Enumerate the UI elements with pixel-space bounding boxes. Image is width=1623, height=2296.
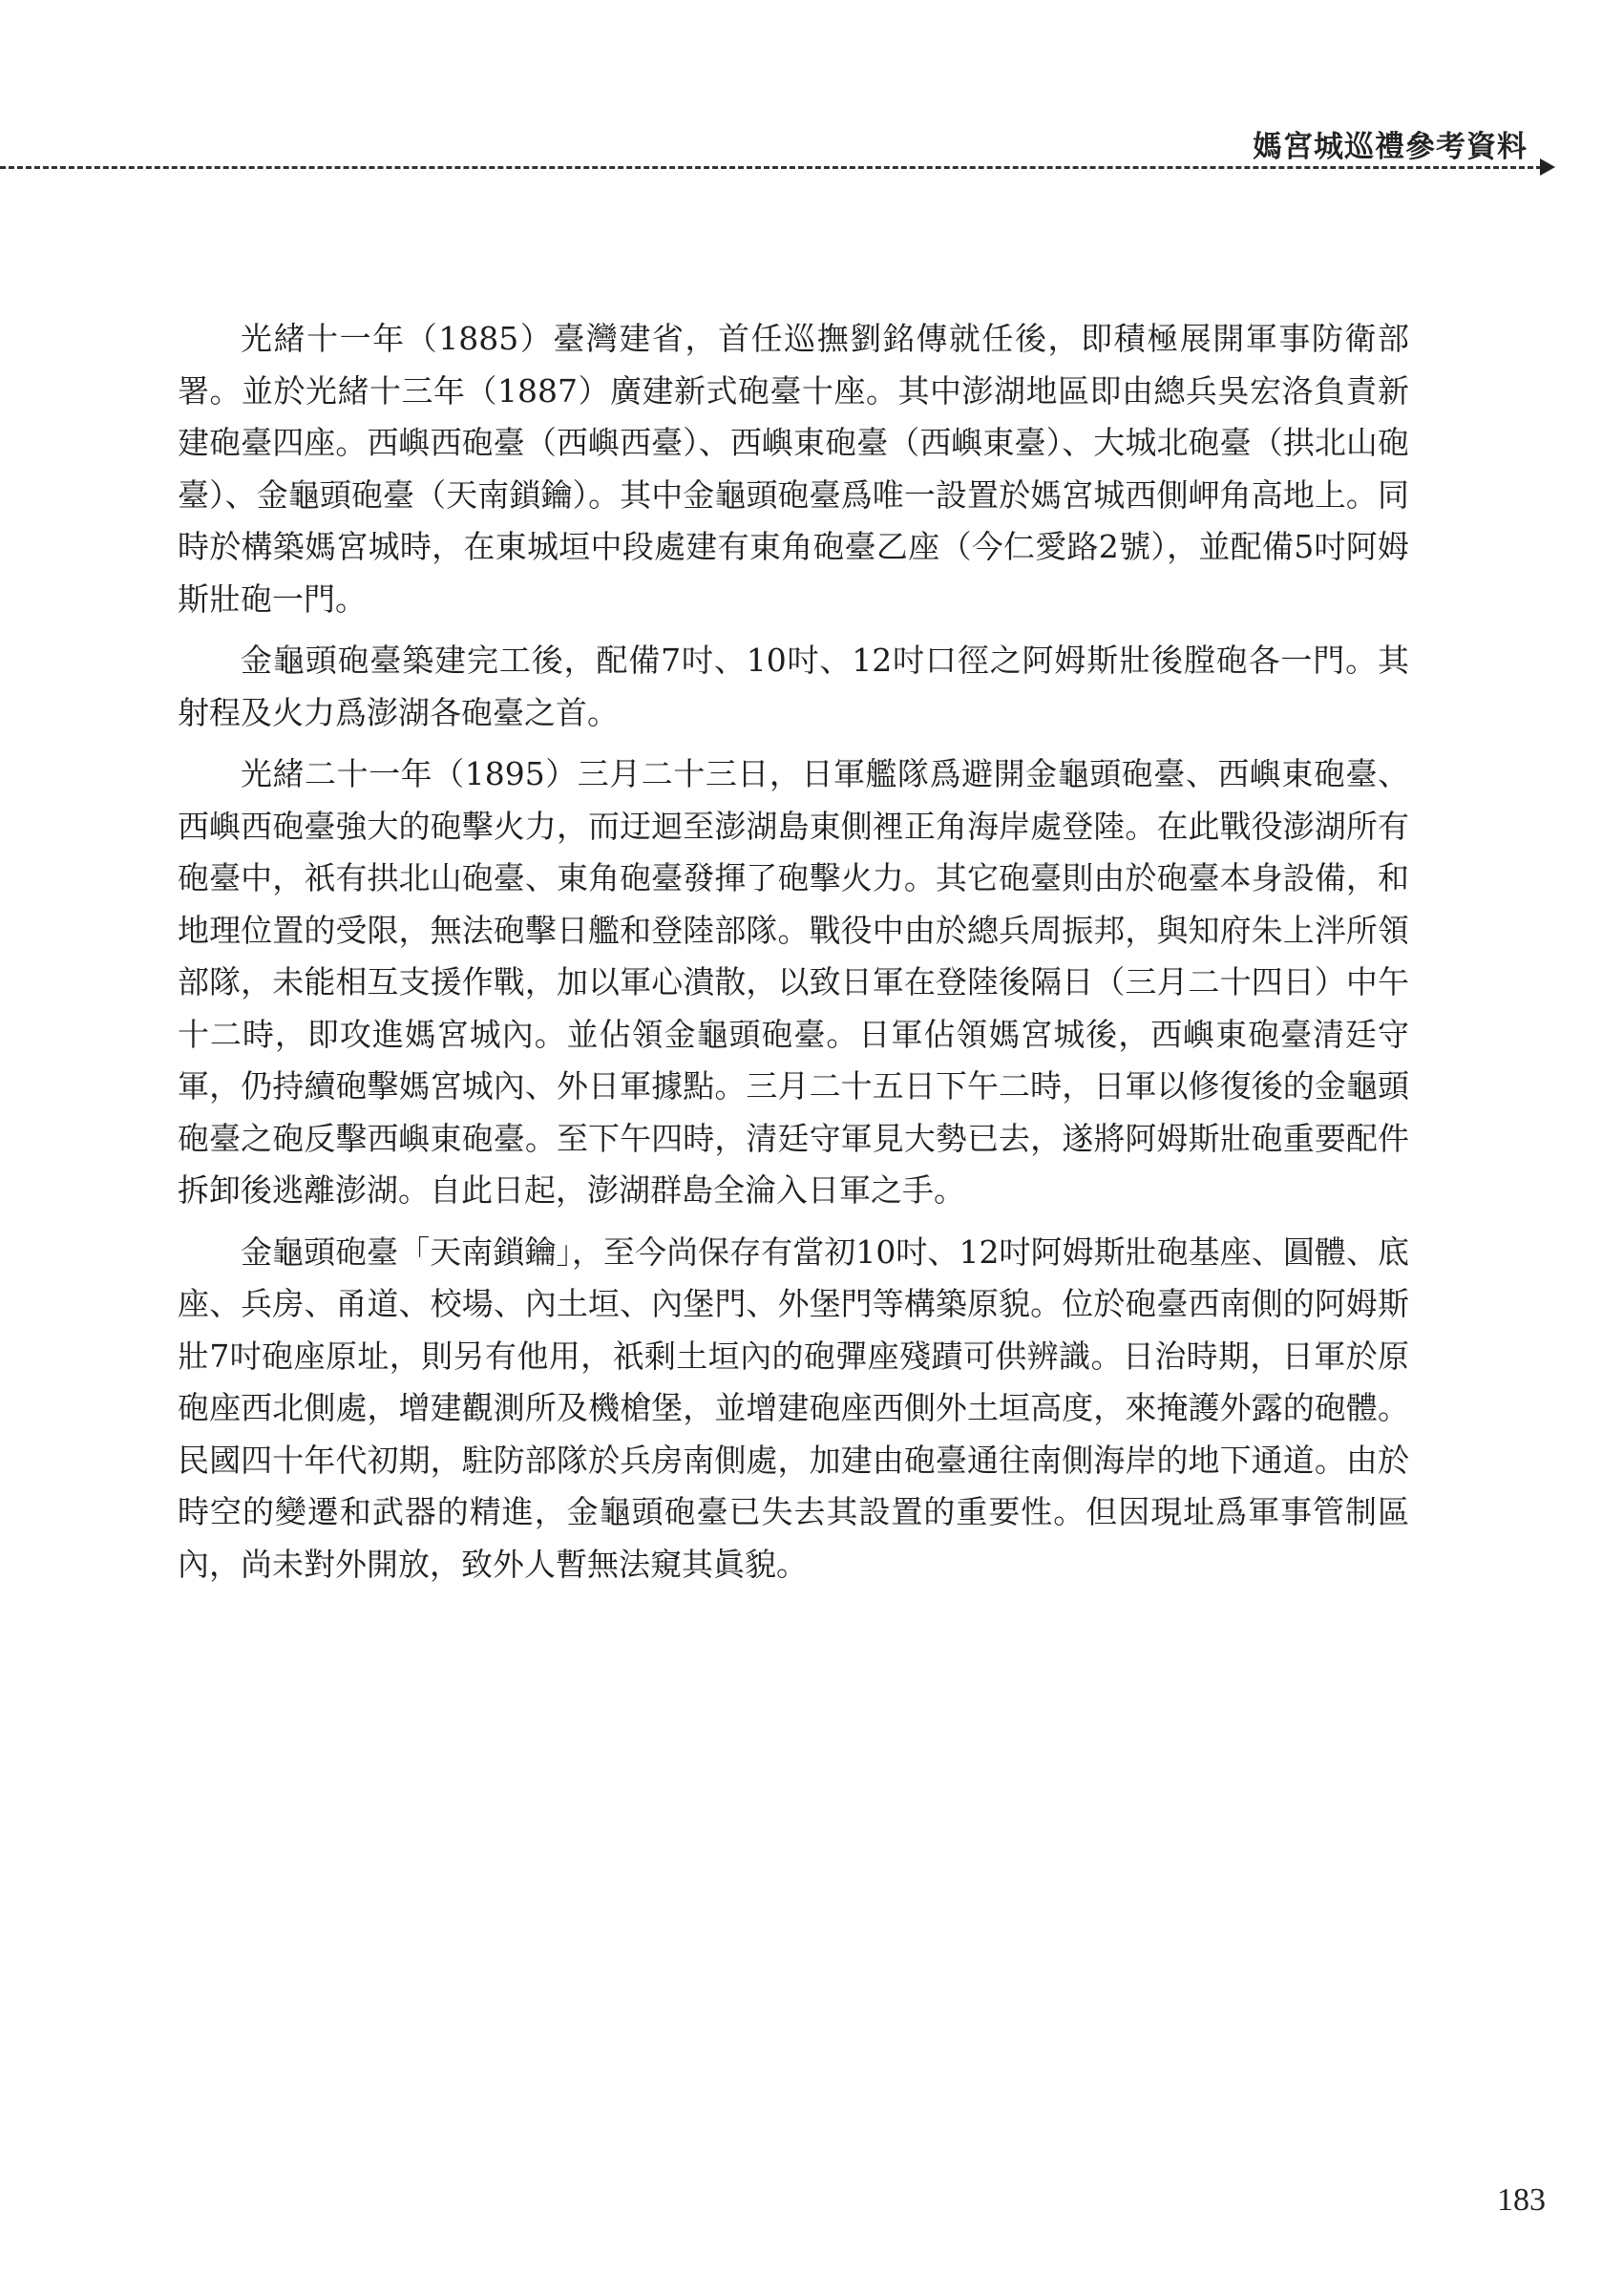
- running-header: 媽宮城巡禮參考資料: [0, 113, 1623, 179]
- dashed-rule: [0, 166, 1542, 169]
- page-number: 183: [1497, 2182, 1546, 2219]
- header-title: 媽宮城巡禮參考資料: [1253, 122, 1528, 165]
- paragraph-1: 光緒十一年（1885）臺灣建省，首任巡撫劉銘傳就任後，即積極展開軍事防衛部署。並…: [178, 313, 1409, 625]
- body-text: 光緒十一年（1885）臺灣建省，首任巡撫劉銘傳就任後，即積極展開軍事防衛部署。並…: [178, 313, 1409, 1600]
- paragraph-2: 金龜頭砲臺築建完工後，配備7吋、10吋、12吋口徑之阿姆斯壯後膛砲各一門。其射程…: [178, 635, 1409, 739]
- paragraph-3: 光緒二十一年（1895）三月二十三日，日軍艦隊爲避開金龜頭砲臺、西嶼東砲臺、西嶼…: [178, 748, 1409, 1217]
- arrow-right-icon: [1540, 158, 1555, 176]
- paragraph-4: 金龜頭砲臺「天南鎖鑰」，至今尚保存有當初10吋、12吋阿姆斯壯砲基座、圓體、底座…: [178, 1227, 1409, 1591]
